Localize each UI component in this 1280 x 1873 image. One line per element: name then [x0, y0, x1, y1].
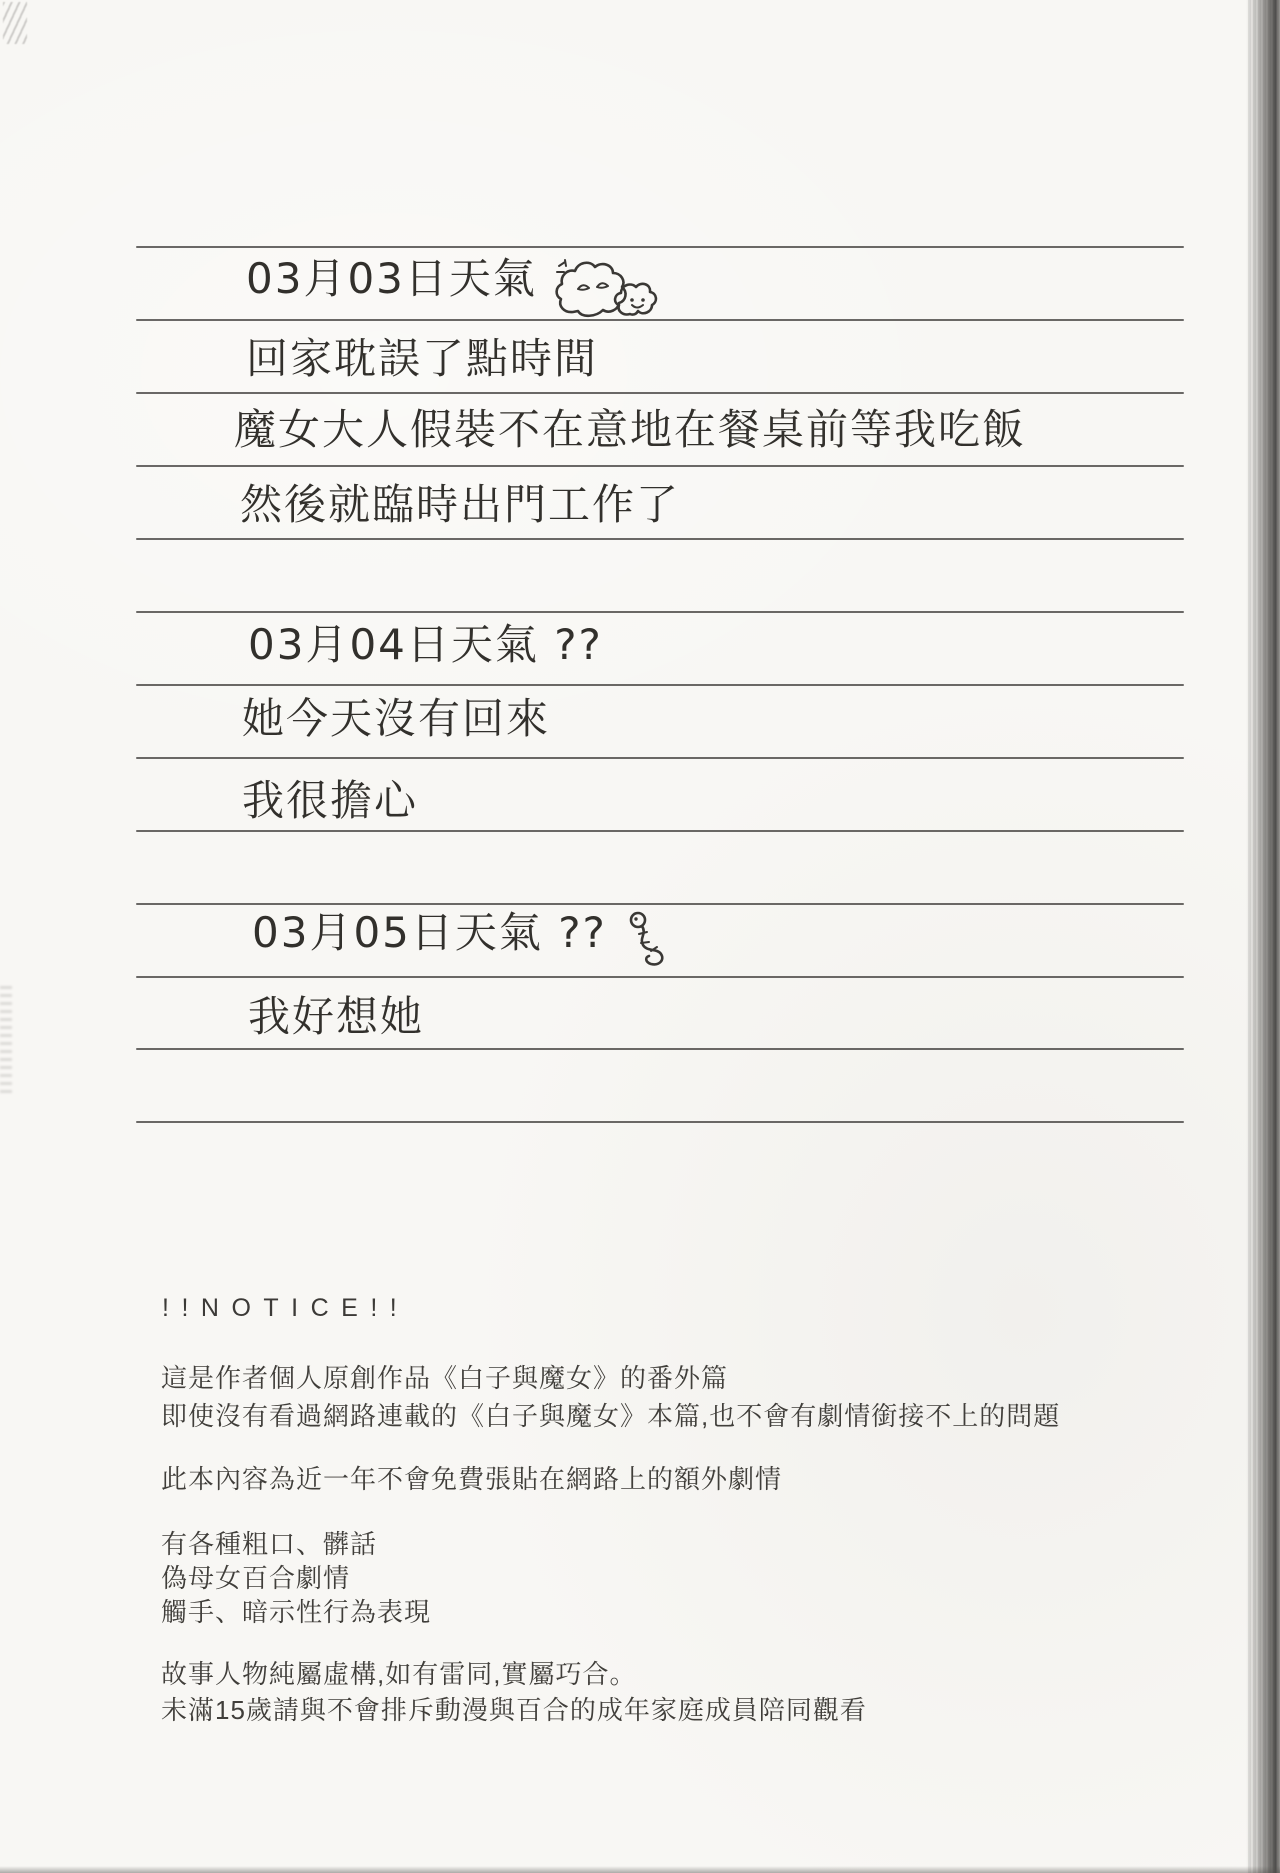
notice-line: 有各種粗口、髒話 — [161, 1524, 377, 1561]
notice-line: 這是作者個人原創作品《白子與魔女》的番外篇 — [161, 1358, 728, 1395]
ruled-line — [136, 392, 1184, 394]
diary-line: 然後就臨時出門工作了 — [240, 482, 680, 528]
ink-bleed-smudge — [0, 985, 12, 1093]
notice-line: 即使沒有看過網路連載的《白子與魔女》本篇,也不會有劇情銜接不上的問題 — [161, 1396, 1060, 1433]
page-spine-streaks — [1246, 0, 1280, 1873]
notice-line: 偽母女百合劇情 — [161, 1558, 350, 1595]
ink-bleed-smudge — [3, 2, 27, 44]
ruled-line — [136, 976, 1184, 978]
ruled-line — [136, 538, 1184, 540]
ruled-line — [136, 246, 1184, 248]
diary-line: 魔女大人假裝不在意地在餐桌前等我吃飯 — [234, 407, 1026, 453]
notice-heading: !!NOTICE!! — [162, 1294, 409, 1323]
ruled-line — [136, 830, 1184, 832]
ruled-line — [136, 903, 1184, 905]
diary-date-0304: 03月04日天氣 ?? — [248, 622, 603, 668]
worm-doodle-icon — [621, 910, 679, 970]
notice-line: 觸手、暗示性行為表現 — [161, 1592, 431, 1629]
notice-line: 此本內容為近一年不會免費張貼在網路上的額外劇情 — [161, 1459, 782, 1496]
diary-date-0303-text: 03月03日天氣 — [246, 256, 537, 302]
ruled-line — [136, 465, 1184, 467]
diary-date-0305: 03月05日天氣 ?? — [252, 910, 679, 970]
page-bottom-shadow — [0, 1866, 1280, 1873]
notice-line: 未滿15歲請與不會排斥動漫與百合的成年家庭成員陪同觀看 — [161, 1690, 867, 1727]
scanned-diary-page: 03月03日天氣 回家耽誤了點時間 魔女大人假裝不在意地在餐桌前等我吃飯 然後就… — [0, 0, 1280, 1873]
diary-date-0305-text: 03月05日天氣 ?? — [252, 910, 607, 956]
ruled-line — [136, 684, 1184, 686]
ruled-line — [136, 757, 1184, 759]
notice-line: 故事人物純屬虛構,如有雷同,實屬巧合。 — [161, 1654, 636, 1691]
clouds-doodle-icon — [551, 256, 669, 322]
ruled-line — [136, 1048, 1184, 1050]
diary-line: 她今天沒有回來 — [242, 696, 550, 742]
diary-line: 我好想她 — [248, 994, 424, 1040]
ruled-line — [136, 611, 1184, 613]
diary-line: 回家耽誤了點時間 — [246, 336, 598, 382]
diary-line: 我很擔心 — [242, 778, 418, 824]
ruled-line — [136, 1121, 1184, 1123]
diary-date-0303: 03月03日天氣 — [246, 256, 669, 322]
